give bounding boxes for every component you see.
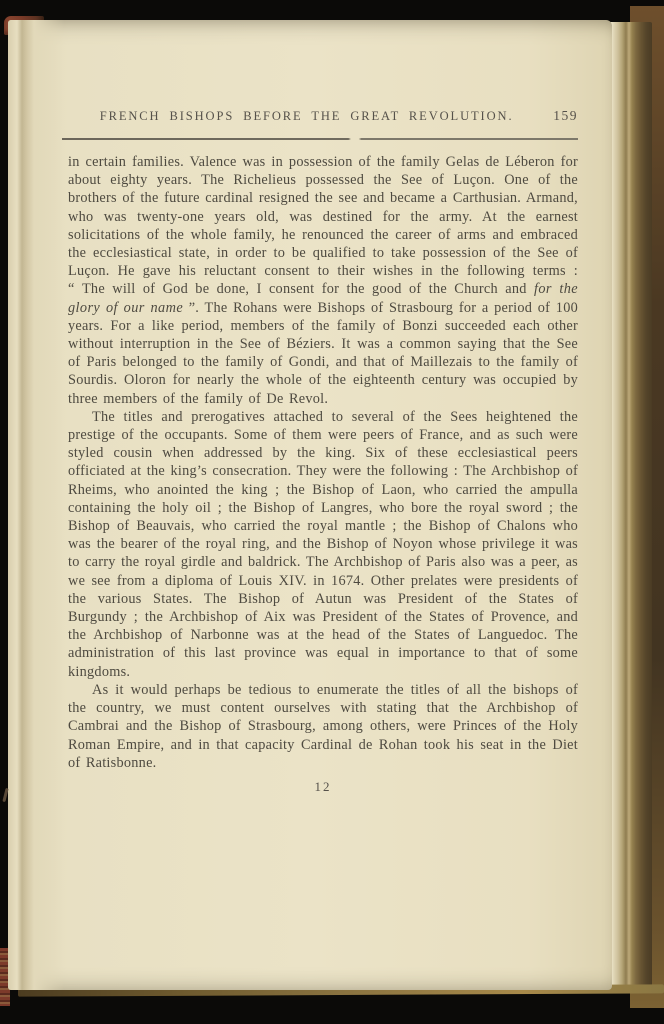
stacked-page-edges	[606, 22, 652, 986]
page-number: 159	[553, 109, 578, 123]
paragraph: As it would perhaps be tedious to enumer…	[68, 681, 578, 772]
body-text: in certain families. Valence was in poss…	[68, 153, 578, 772]
running-header: FRENCH BISHOPS BEFORE THE GREAT REVOLUTI…	[68, 109, 578, 123]
paragraph: in certain families. Valence was in poss…	[68, 153, 578, 408]
header-rule	[62, 138, 578, 140]
photo-background: FRENCH BISHOPS BEFORE THE GREAT REVOLUTI…	[0, 0, 664, 1024]
paragraph-text: in certain families. Valence was in poss…	[68, 154, 578, 297]
page-footer: 12	[68, 779, 578, 795]
paragraph: The titles and prerogatives attached to …	[68, 408, 578, 681]
running-title: FRENCH BISHOPS BEFORE THE GREAT REVOLUTI…	[68, 109, 545, 123]
page-content: FRENCH BISHOPS BEFORE THE GREAT REVOLUTI…	[68, 20, 578, 990]
signature-mark: 12	[315, 779, 332, 794]
book-page: FRENCH BISHOPS BEFORE THE GREAT REVOLUTI…	[8, 20, 612, 990]
gutter-shadow	[8, 20, 64, 990]
